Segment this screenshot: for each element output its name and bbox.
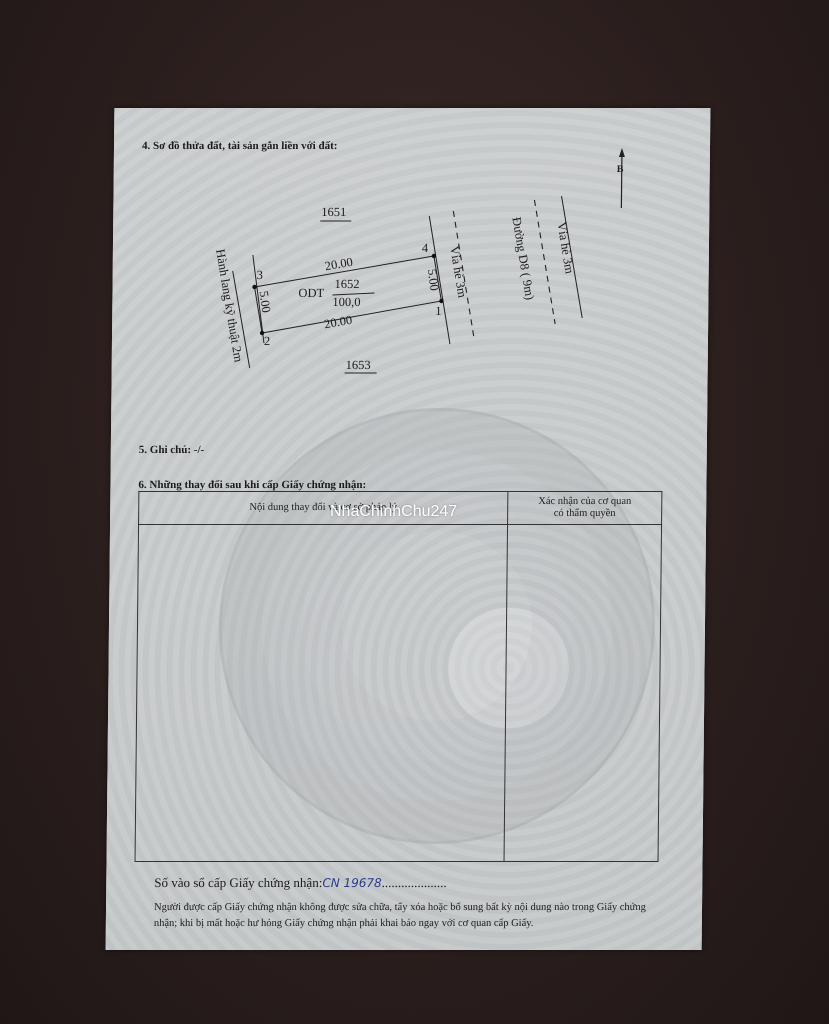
column-header-confirmation-line1: Xác nhận của cơ quan	[538, 496, 631, 507]
corner-2: 2	[264, 334, 270, 349]
north-label: B	[617, 164, 624, 175]
column-header-confirmation: Xác nhận của cơ quan có thẩm quyền	[508, 492, 662, 525]
registry-number-row: Số vào sổ cấp Giấy chứng nhận:CN 19678..…	[154, 875, 447, 891]
corner-1: 1	[435, 304, 441, 319]
registry-value: CN 19678	[322, 876, 381, 890]
corner-3: 3	[257, 268, 263, 283]
notice-text: Người được cấp Giấy chứng nhận không đượ…	[154, 900, 664, 932]
section-5-note: 5. Ghi chú: -/-	[139, 444, 205, 456]
land-type: ODT	[298, 286, 324, 301]
neighbor-plot-bottom: 1653	[346, 358, 371, 373]
edge-left-length: 5.00	[256, 290, 274, 314]
column-header-confirmation-line2: có thẩm quyền	[554, 508, 616, 519]
plot-number: 1652	[334, 277, 359, 292]
site-watermark: NhaChinhChu247	[330, 503, 457, 521]
edge-right-length: 5.00	[424, 268, 442, 292]
registry-label: Số vào sổ cấp Giấy chứng nhận:	[154, 875, 322, 890]
content-cell	[135, 525, 508, 862]
section-6-title: 6. Những thay đổi sau khi cấp Giấy chứng…	[138, 479, 366, 491]
neighbor-plot-top: 1651	[321, 205, 346, 220]
changes-table: Nội dung thay đổi và cơ sở pháp lý Xác n…	[135, 491, 663, 862]
confirmation-cell	[504, 525, 662, 862]
plot-area: 100,0	[332, 295, 360, 310]
registry-dots: ....................	[382, 875, 447, 890]
certificate-page: 4. Sơ đồ thửa đất, tài sản gắn liền với …	[106, 108, 711, 950]
corner-4: 4	[422, 241, 428, 256]
